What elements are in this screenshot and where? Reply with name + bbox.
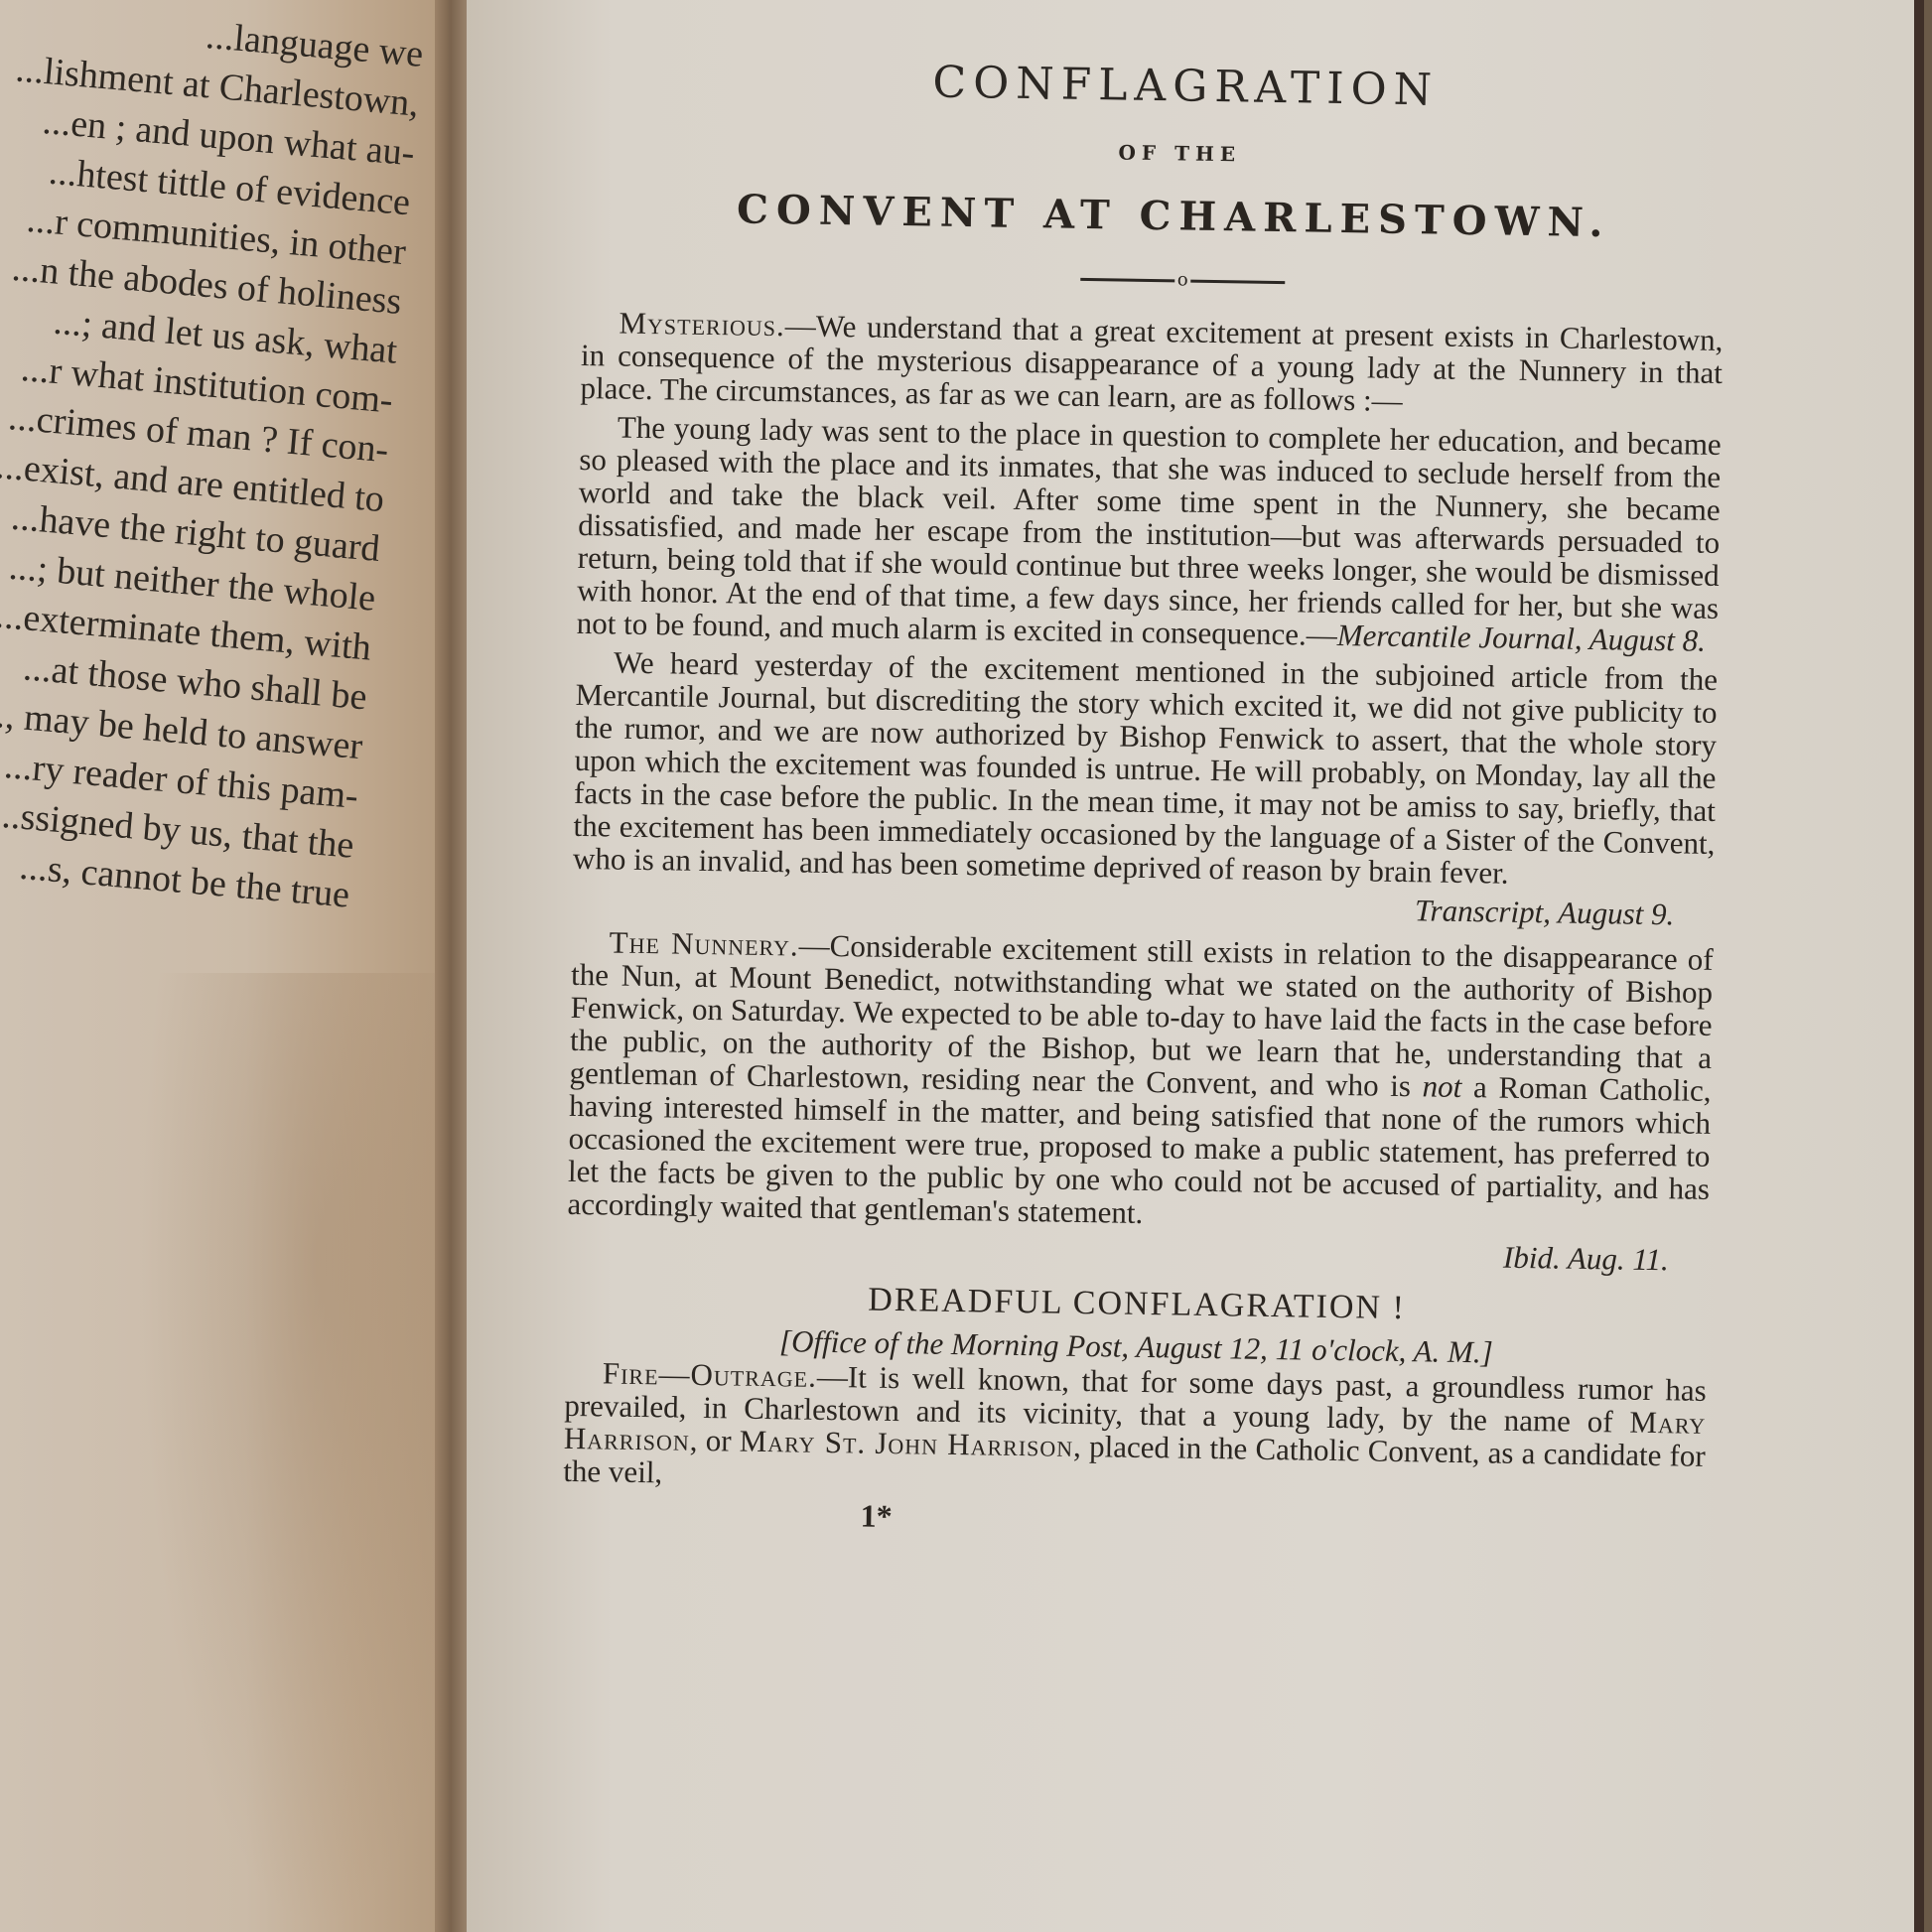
- article-lead: The Nunnery.: [609, 924, 799, 962]
- signature-mark: 1*: [860, 1498, 1704, 1548]
- page-content: CONFLAGRATION OF THE CONVENT AT CHARLEST…: [562, 40, 1726, 1548]
- article-young-lady: The young lady was sent to the place in …: [577, 410, 1722, 657]
- article-body-cont: , or: [690, 1423, 740, 1458]
- article-fire-outrage: Fire—Outrage.—It is well known, that for…: [563, 1356, 1707, 1505]
- page-shadow: [139, 973, 437, 1932]
- title-rule-ornament: o: [641, 267, 1724, 294]
- left-facing-page: ...language we ...lishment at Charlestow…: [0, 0, 447, 1932]
- rule-left: [1080, 277, 1174, 281]
- right-main-page: CONFLAGRATION OF THE CONVENT AT CHARLEST…: [467, 0, 1924, 1932]
- rule-right: [1191, 279, 1286, 283]
- article-body: The young lady was sent to the place in …: [576, 410, 1722, 652]
- person-name: Mary St. John Harrison: [740, 1424, 1074, 1463]
- article-lead: Mysterious.: [619, 306, 785, 344]
- ornament-circle: o: [1177, 275, 1188, 285]
- article-body: We heard yesterday of the excitement men…: [573, 645, 1719, 891]
- page-title: CONFLAGRATION: [585, 52, 1727, 120]
- article-source: Mercantile Journal, August 8.: [1337, 618, 1707, 658]
- page-subtitle: CONVENT AT CHARLESTOWN.: [583, 184, 1725, 248]
- article-mysterious: Mysterious.—We understand that a great e…: [580, 306, 1723, 422]
- article-nunnery: The Nunnery.—Considerable excitement sti…: [567, 925, 1714, 1238]
- article-transcript: We heard yesterday of the excitement men…: [573, 645, 1718, 893]
- left-page-text: ...language we ...lishment at Charlestow…: [0, 0, 425, 920]
- title-connector: OF THE: [584, 132, 1725, 174]
- page-edge: [1914, 0, 1924, 1932]
- emphasis-word: not: [1422, 1068, 1461, 1104]
